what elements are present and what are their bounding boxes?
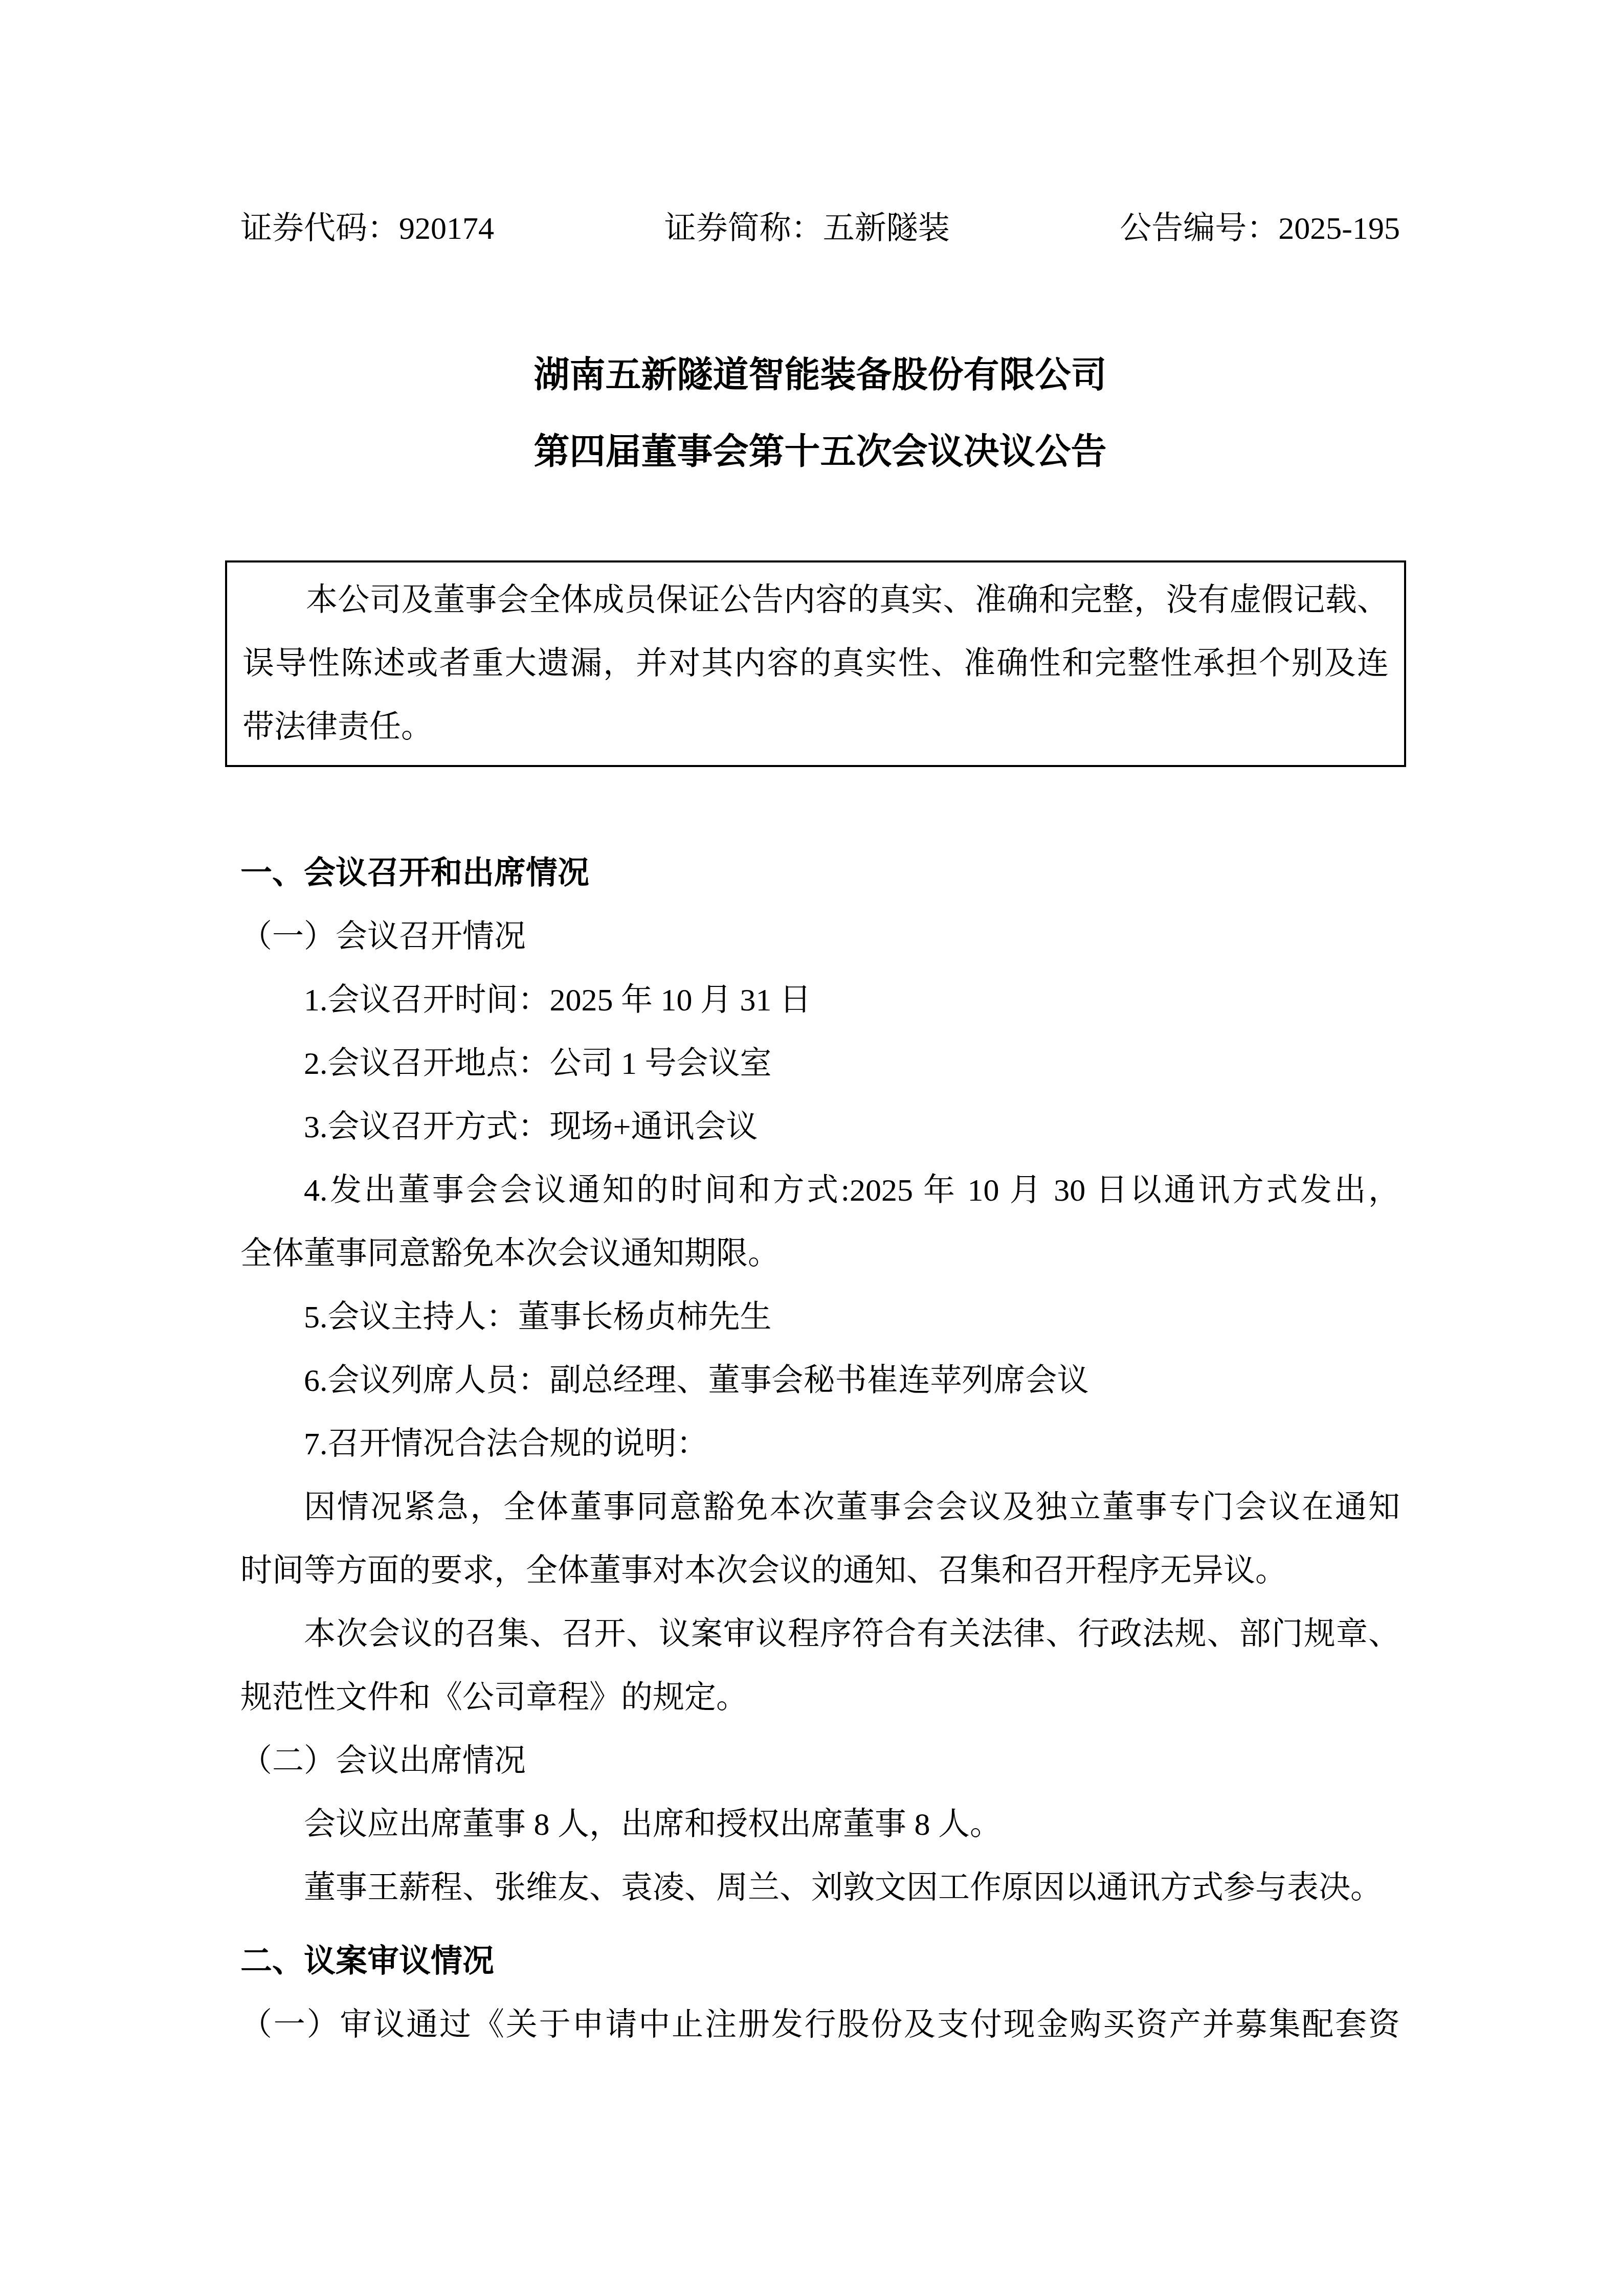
notice-line-1: 4.发出董事会会议通知的时间和方式:2025 年 10 月 30 日以通讯方式发… [240,1159,1400,1222]
disclaimer-box: 本公司及董事会全体成员保证公告内容的真实、准确和完整，没有虚假记载、 误导性陈述… [225,560,1406,767]
announcement-number: 公告编号：2025-195 [1120,205,1400,253]
meeting-time: 1.会议召开时间：2025 年 10 月 31 日 [240,969,1400,1032]
procedure-line-1: 本次会议的召集、召开、议案审议程序符合有关法律、行政法规、部门规章、 [240,1603,1400,1666]
notice-line-2: 全体董事同意豁免本次会议通知期限。 [240,1222,1400,1286]
attendance-count: 会议应出席董事 8 人，出席和授权出席董事 8 人。 [240,1793,1400,1856]
announcement-page: 证券代码：920174 证券简称：五新隧装 公告编号：2025-195 湖南五新… [0,0,1624,2296]
meeting-place: 2.会议召开地点：公司 1 号会议室 [240,1032,1400,1095]
meeting-method: 3.会议召开方式：现场+通讯会议 [240,1095,1400,1159]
subsection-1-1-heading: （一）会议召开情况 [240,905,1400,969]
section-2-heading: 二、议案审议情况 [240,1930,1400,1993]
procedure-line-2: 规范性文件和《公司章程》的规定。 [240,1666,1400,1729]
legality-statement-heading: 7.召开情况合法合规的说明： [240,1412,1400,1476]
proposal-line-1: （一）审议通过《关于申请中止注册发行股份及支付现金购买资产并募集配套资 [240,1993,1400,2057]
section-1-heading: 一、会议召开和出席情况 [240,842,1400,905]
disclaimer-line-1: 本公司及董事会全体成员保证公告内容的真实、准确和完整，没有虚假记载、 [242,569,1389,632]
company-title: 湖南五新隧道智能装备股份有限公司 [240,337,1400,414]
stock-name: 证券简称：五新隧装 [664,205,950,253]
remote-vote-directors: 董事王薪程、张维友、袁凌、周兰、刘敦文因工作原因以通讯方式参与表决。 [240,1856,1400,1920]
subsection-1-2-heading: （二）会议出席情况 [240,1729,1400,1793]
meeting-host: 5.会议主持人：董事长杨贞柿先生 [240,1286,1400,1349]
announcement-title: 第四届董事会第十五次会议决议公告 [240,414,1400,491]
document-header: 证券代码：920174 证券简称：五新隧装 公告编号：2025-195 [240,205,1400,253]
urgent-line-1: 因情况紧急，全体董事同意豁免本次董事会会议及独立董事专门会议在通知 [240,1476,1400,1539]
stock-code: 证券代码：920174 [240,205,494,253]
meeting-attendees-observers: 6.会议列席人员：副总经理、董事会秘书崔连苹列席会议 [240,1349,1400,1412]
disclaimer-line-3: 带法律责任。 [242,695,1389,759]
disclaimer-line-2: 误导性陈述或者重大遗漏，并对其内容的真实性、准确性和完整性承担个别及连 [242,632,1389,695]
urgent-line-2: 时间等方面的要求，全体董事对本次会议的通知、召集和召开程序无异议。 [240,1539,1400,1603]
